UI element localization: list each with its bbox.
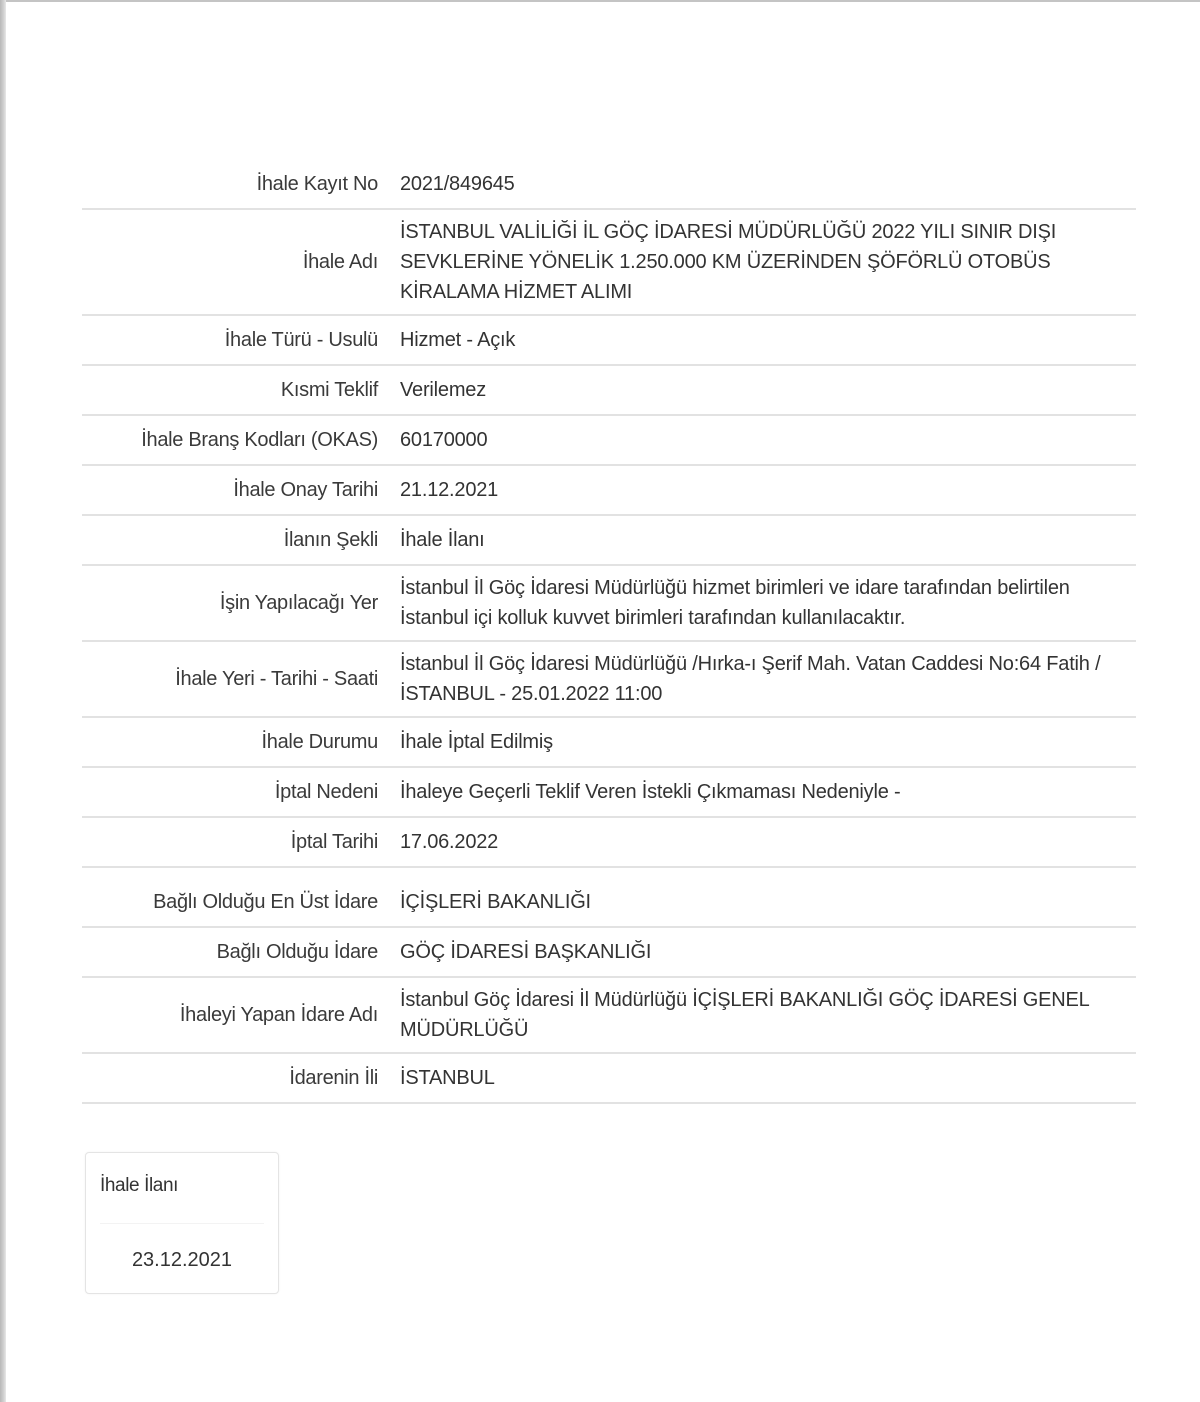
table-row-onay-tarihi: İhale Onay Tarihi 21.12.2021	[82, 465, 1136, 515]
table-row-iptal-tarihi: İptal Tarihi 17.06.2022	[82, 817, 1136, 867]
tender-detail-page: İhale Kayıt No 2021/849645 İhale Adı İST…	[6, 2, 1200, 1402]
table-row-idare-ili: İdarenin İli İSTANBUL	[82, 1053, 1136, 1103]
row-label: İhale Adı	[82, 209, 400, 315]
announcement-card-date: 23.12.2021	[86, 1249, 278, 1272]
table-row-iptal-nedeni: İptal Nedeni İhaleye Geçerli Teklif Vere…	[82, 767, 1136, 817]
row-label: İptal Tarihi	[82, 817, 400, 867]
table-row-is-yeri: İşin Yapılacağı Yer İstanbul İl Göç İdar…	[82, 565, 1136, 641]
table-row-ihale-adi: İhale Adı İSTANBUL VALİLİĞİ İL GÖÇ İDARE…	[82, 209, 1136, 315]
row-value: GÖÇ İDARESİ BAŞKANLIĞI	[400, 927, 1136, 977]
row-value: Hizmet - Açık	[400, 315, 1136, 365]
row-value: İhaleye Geçerli Teklif Veren İstekli Çık…	[400, 767, 1136, 817]
row-label: Kısmi Teklif	[82, 365, 400, 415]
table-row-okas: İhale Branş Kodları (OKAS) 60170000	[82, 415, 1136, 465]
table-row-kayit-no: İhale Kayıt No 2021/849645	[82, 160, 1136, 209]
row-label: İlanın Şekli	[82, 515, 400, 565]
tender-details-table: İhale Kayıt No 2021/849645 İhale Adı İST…	[82, 160, 1136, 868]
table-row-en-ust-idare: Bağlı Olduğu En Üst İdare İÇİŞLERİ BAKAN…	[82, 878, 1136, 927]
row-value: 21.12.2021	[400, 465, 1136, 515]
row-value: İstanbul İl Göç İdaresi Müdürlüğü hizmet…	[400, 565, 1136, 641]
row-value: Verilemez	[400, 365, 1136, 415]
row-label: Bağlı Olduğu İdare	[82, 927, 400, 977]
row-value: İstanbul Göç İdaresi İl Müdürlüğü İÇİŞLE…	[400, 977, 1136, 1053]
row-label: Bağlı Olduğu En Üst İdare	[82, 878, 400, 927]
authority-details-table: Bağlı Olduğu En Üst İdare İÇİŞLERİ BAKAN…	[82, 878, 1136, 1104]
row-label: İptal Nedeni	[82, 767, 400, 817]
announcement-card-title: İhale İlanı	[100, 1175, 178, 1197]
card-divider	[100, 1223, 264, 1224]
row-label: İhale Türü - Usulü	[82, 315, 400, 365]
row-label: İhale Durumu	[82, 717, 400, 767]
table-row-durum: İhale Durumu İhale İptal Edilmiş	[82, 717, 1136, 767]
status-value: İhale İptal Edilmiş	[400, 717, 1136, 767]
row-label: İhale Kayıt No	[82, 160, 400, 209]
row-label: İhale Yeri - Tarihi - Saati	[82, 641, 400, 717]
table-row-yapan-idare: İhaleyi Yapan İdare Adı İstanbul Göç İda…	[82, 977, 1136, 1053]
row-value: İSTANBUL	[400, 1053, 1136, 1103]
row-label: İşin Yapılacağı Yer	[82, 565, 400, 641]
table-row-ilan-sekli: İlanın Şekli İhale İlanı	[82, 515, 1136, 565]
table-row-ihale-yeri: İhale Yeri - Tarihi - Saati İstanbul İl …	[82, 641, 1136, 717]
table-row-bagli-idare: Bağlı Olduğu İdare GÖÇ İDARESİ BAŞKANLIĞ…	[82, 927, 1136, 977]
announcement-card[interactable]: İhale İlanı 23.12.2021	[85, 1152, 279, 1294]
row-value: İSTANBUL VALİLİĞİ İL GÖÇ İDARESİ MÜDÜRLÜ…	[400, 209, 1136, 315]
row-value: 2021/849645	[400, 160, 1136, 209]
row-label: İhaleyi Yapan İdare Adı	[82, 977, 400, 1053]
table-row-tur-usul: İhale Türü - Usulü Hizmet - Açık	[82, 315, 1136, 365]
row-label: İhale Branş Kodları (OKAS)	[82, 415, 400, 465]
row-value: İstanbul İl Göç İdaresi Müdürlüğü /Hırka…	[400, 641, 1136, 717]
row-value: İÇİŞLERİ BAKANLIĞI	[400, 878, 1136, 927]
table-row-kismi-teklif: Kısmi Teklif Verilemez	[82, 365, 1136, 415]
row-value: 17.06.2022	[400, 817, 1136, 867]
row-value: İhale İlanı	[400, 515, 1136, 565]
row-label: İhale Onay Tarihi	[82, 465, 400, 515]
row-value: 60170000	[400, 415, 1136, 465]
row-label: İdarenin İli	[82, 1053, 400, 1103]
